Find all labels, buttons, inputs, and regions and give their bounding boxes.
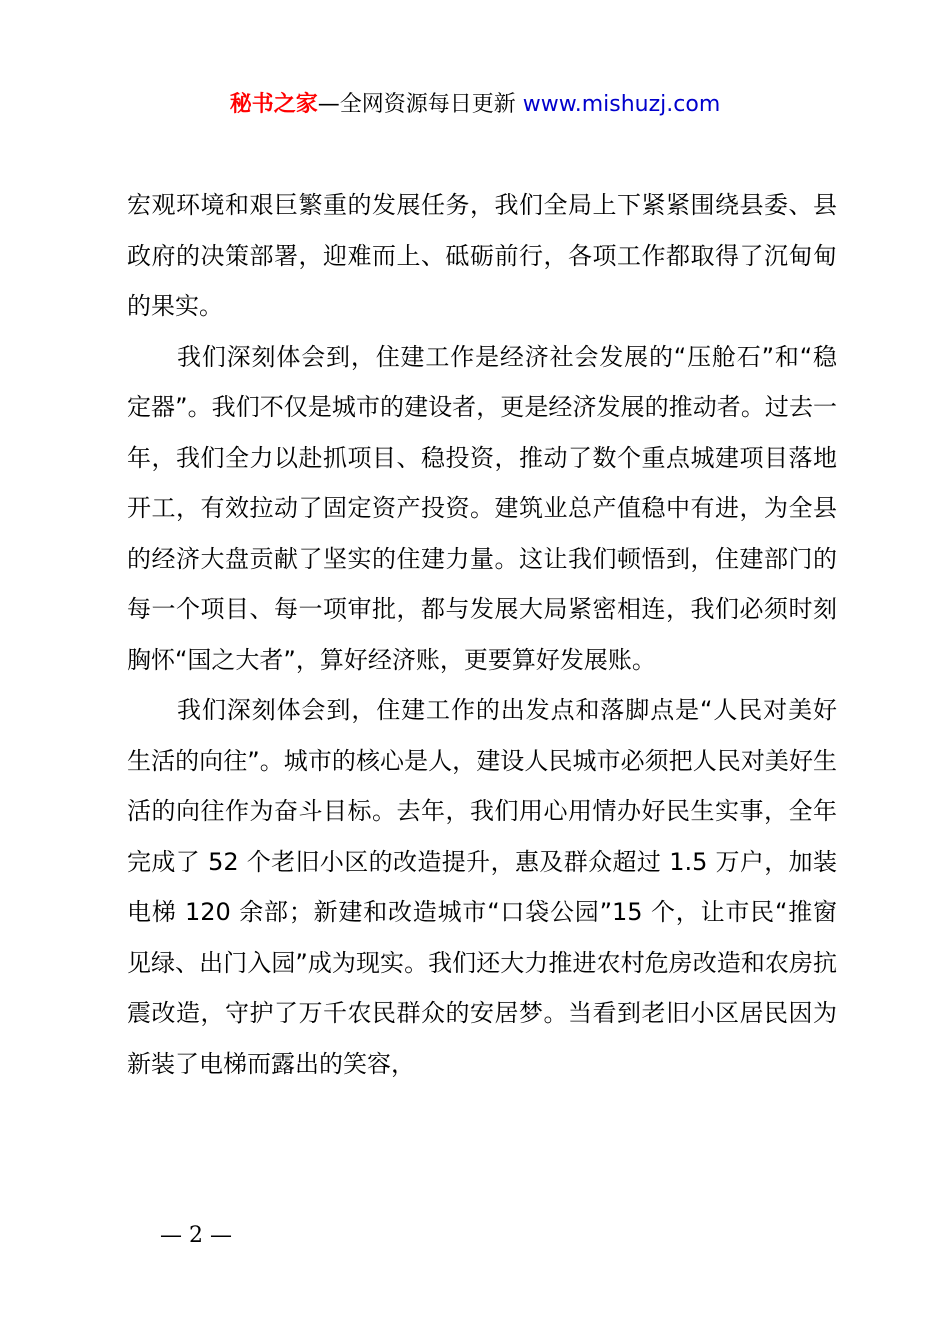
page-number: — 2 —	[160, 1223, 232, 1248]
paragraph-1: 宏观环境和艰巨繁重的发展任务，我们全局上下紧紧围绕县委、县政府的决策部署，迎难而…	[127, 180, 837, 332]
site-url-link[interactable]: www.mishuzj.com	[523, 92, 720, 117]
site-watermark-header: 秘书之家—全网资源每日更新 www.mishuzj.com	[0, 88, 950, 122]
paragraph-3: 我们深刻体会到，住建工作的出发点和落脚点是“人民对美好生活的向往”。城市的核心是…	[127, 685, 837, 1089]
document-body: 宏观环境和艰巨繁重的发展任务，我们全局上下紧紧围绕县委、县政府的决策部署，迎难而…	[127, 180, 837, 1089]
tagline: —全网资源每日更新	[318, 92, 516, 117]
brand-name: 秘书之家	[230, 92, 318, 117]
paragraph-2: 我们深刻体会到，住建工作是经济社会发展的“压舱石”和“稳定器”。我们不仅是城市的…	[127, 332, 837, 686]
